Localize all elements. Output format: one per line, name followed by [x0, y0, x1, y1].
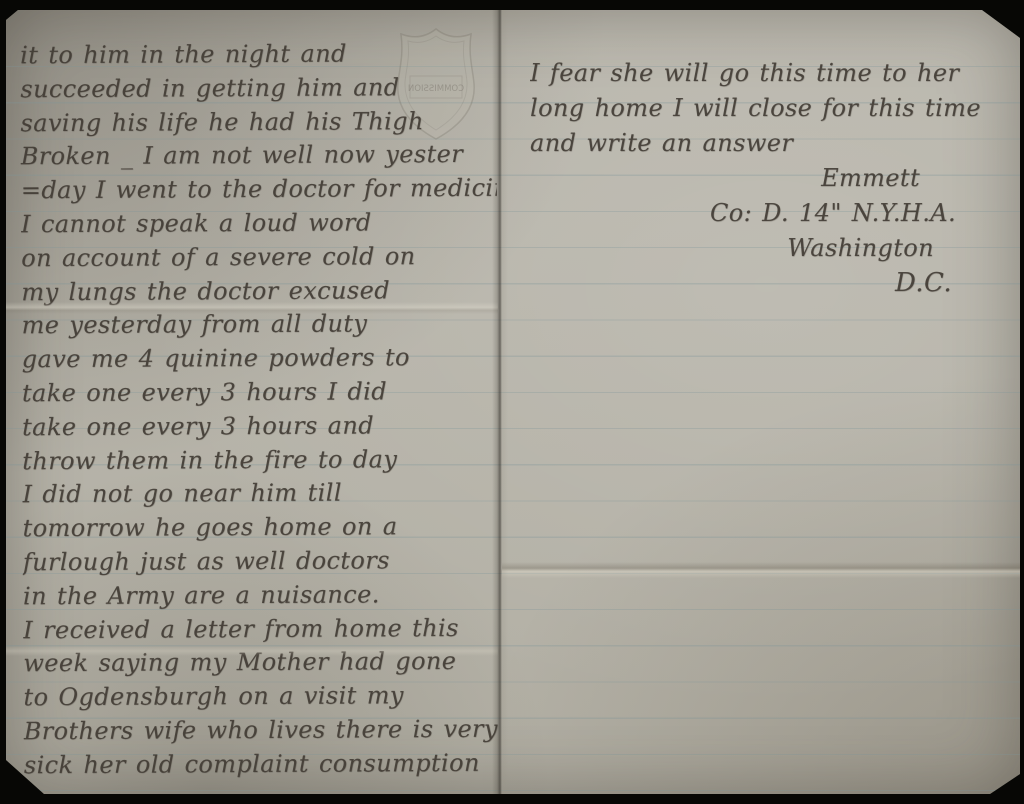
fold-crease [502, 562, 1020, 578]
handwritten-line: to Ogdensburgh on a visit my [23, 679, 499, 715]
letter-scan: COMMISSION it to him in the night and su… [6, 10, 1020, 794]
handwritten-line: take one every 3 hours I did [22, 375, 498, 411]
fold-crease [6, 302, 498, 314]
fold-crease [6, 646, 498, 656]
signature-unit: Co: D. 14" N.Y.H.A. [530, 196, 1012, 231]
handwritten-line: I received a letter from home this [23, 611, 499, 647]
handwritten-line: furlough just as well doctors [23, 544, 499, 580]
signature-state: D.C. [530, 266, 1012, 301]
signature-city: Washington [530, 231, 1012, 266]
handwritten-line: Brothers wife who lives there is very [24, 713, 500, 749]
handwritten-line: succeeded in getting him and [20, 71, 496, 107]
handwritten-line: I did not go near him till [22, 476, 498, 512]
handwritten-line: sick her old complaint consumption [24, 746, 500, 782]
handwritten-line: it to him in the night and [20, 37, 496, 73]
handwritten-line: gave me 4 quinine powders to [22, 341, 498, 377]
handwritten-line: I fear she will go this time to her [530, 56, 1012, 91]
handwritten-line: Broken _ I am not well now yester [21, 138, 497, 174]
handwritten-line: I cannot speak a loud word [21, 206, 497, 242]
handwritten-line: in the Army are a nuisance. [23, 578, 499, 614]
handwritten-line: =day I went to the doctor for medicine [21, 172, 497, 208]
handwritten-line: on account of a severe cold on [21, 240, 497, 276]
center-fold [492, 10, 508, 794]
signature-name: Emmett [530, 161, 1012, 196]
handwritten-line: throw them in the fire to day [22, 442, 498, 478]
letter-page-left: it to him in the night and succeeded in … [20, 37, 500, 787]
handwritten-line: tomorrow he goes home on a [23, 510, 499, 546]
handwritten-line: and write an answer [530, 126, 1012, 161]
handwritten-line: long home I will close for this time [530, 91, 1012, 126]
handwritten-line: saving his life he had his Thigh [20, 104, 496, 140]
letter-page-right: I fear she will go this time to her long… [530, 56, 1012, 356]
handwritten-line: take one every 3 hours and [22, 409, 498, 445]
